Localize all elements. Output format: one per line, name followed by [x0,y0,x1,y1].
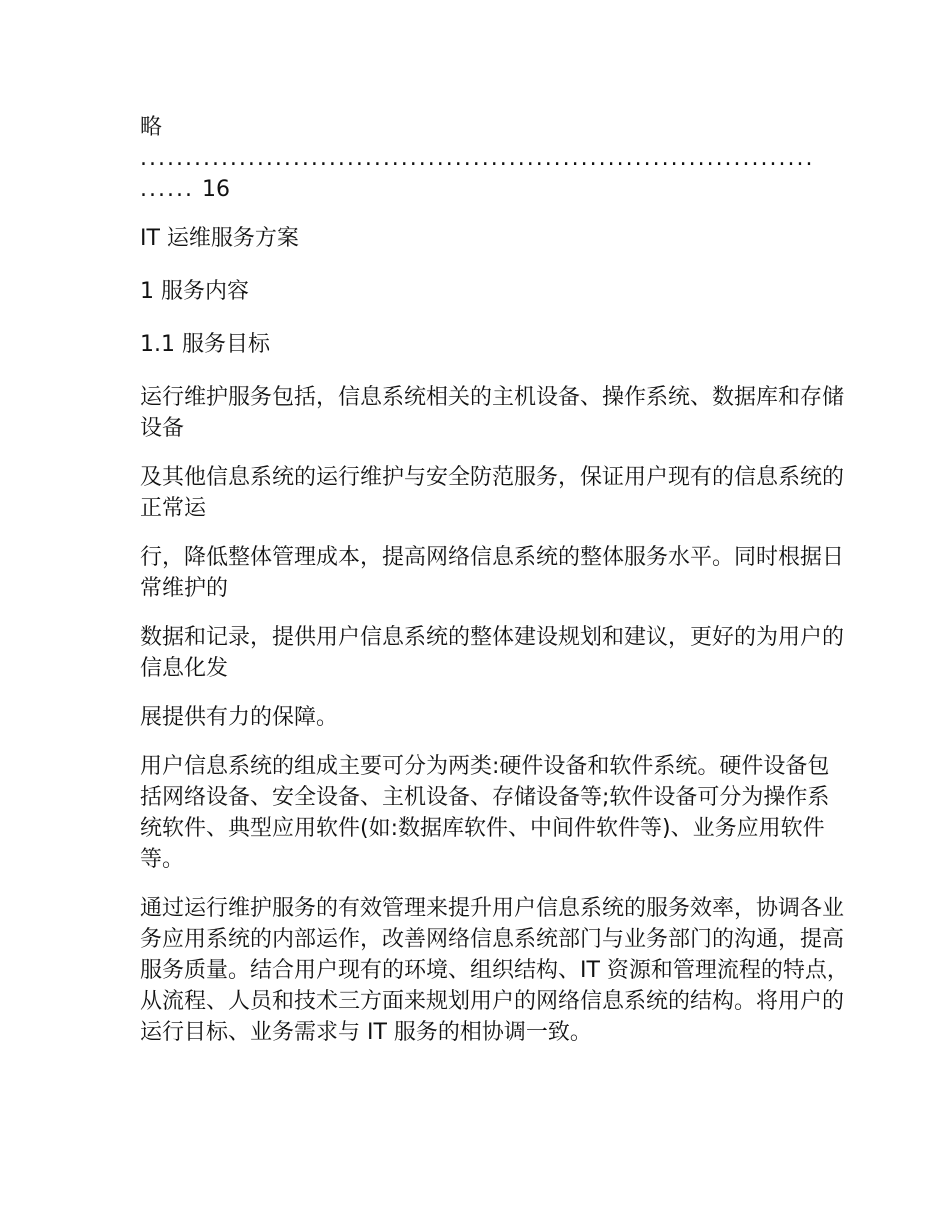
document-title: IT 运维服务方案 [140,223,814,254]
paragraph: 用户信息系统的组成主要可分为两类:硬件设备和软件系统。硬件设备包 括网络设备、安… [140,751,814,875]
toc-leader-dots: ........................................… [140,143,814,174]
section-heading: 1 服务内容 [140,276,814,307]
paragraph-line: 括网络设备、安全设备、主机设备、存储设备等;软件设备可分为操作系 [140,782,814,813]
paragraph-line: 常维护的 [140,573,814,604]
paragraph: 及其他信息系统的运行维护与安全防范服务，保证用户现有的信息系统的 正常运 [140,462,814,524]
paragraph-line: 及其他信息系统的运行维护与安全防范服务，保证用户现有的信息系统的 [140,462,814,493]
paragraph-line: 运行维护服务包括，信息系统相关的主机设备、操作系统、数据库和存储 [140,382,814,413]
paragraph: 通过运行维护服务的有效管理来提升用户信息系统的服务效率，协调各业 务应用系统的内… [140,893,814,1048]
paragraph-line: 数据和记录，提供用户信息系统的整体建设规划和建议，更好的为用户的 [140,622,814,653]
paragraph-line: 通过运行维护服务的有效管理来提升用户信息系统的服务效率，协调各业 [140,893,814,924]
paragraph-line: 从流程、人员和技术三方面来规划用户的网络信息系统的结构。将用户的 [140,986,814,1017]
paragraph: 展提供有力的保障。 [140,702,814,733]
paragraph-line: 统软件、典型应用软件(如:数据库软件、中间件软件等)、业务应用软件 [140,813,814,844]
paragraph-line: 设备 [140,413,814,444]
paragraph: 运行维护服务包括，信息系统相关的主机设备、操作系统、数据库和存储 设备 [140,382,814,444]
paragraph-line: 正常运 [140,493,814,524]
paragraph: 行，降低整体管理成本，提高网络信息系统的整体服务水平。同时根据日 常维护的 [140,542,814,604]
paragraph-line: 服务质量。结合用户现有的环境、组织结构、IT 资源和管理流程的特点， [140,955,814,986]
paragraph-line: 信息化发 [140,653,814,684]
paragraph-line: 等。 [140,844,814,875]
paragraph-line: 行，降低整体管理成本，提高网络信息系统的整体服务水平。同时根据日 [140,542,814,573]
toc-entry-text: 略 [140,112,814,143]
paragraph-line: 运行目标、业务需求与 IT 服务的相协调一致。 [140,1017,814,1048]
document-page: 略 ......................................… [0,0,950,1230]
toc-page-ref: ......16 [140,174,814,205]
toc-page-number: 16 [202,177,230,202]
toc-continuation-dots: ...... [140,177,194,202]
paragraph-line: 务应用系统的内部运作，改善网络信息系统部门与业务部门的沟通，提高 [140,924,814,955]
subsection-heading: 1.1 服务目标 [140,329,814,360]
paragraph-line: 用户信息系统的组成主要可分为两类:硬件设备和软件系统。硬件设备包 [140,751,814,782]
paragraph-line: 展提供有力的保障。 [140,702,814,733]
toc-entry: 略 ......................................… [140,112,814,205]
paragraph: 数据和记录，提供用户信息系统的整体建设规划和建议，更好的为用户的 信息化发 [140,622,814,684]
